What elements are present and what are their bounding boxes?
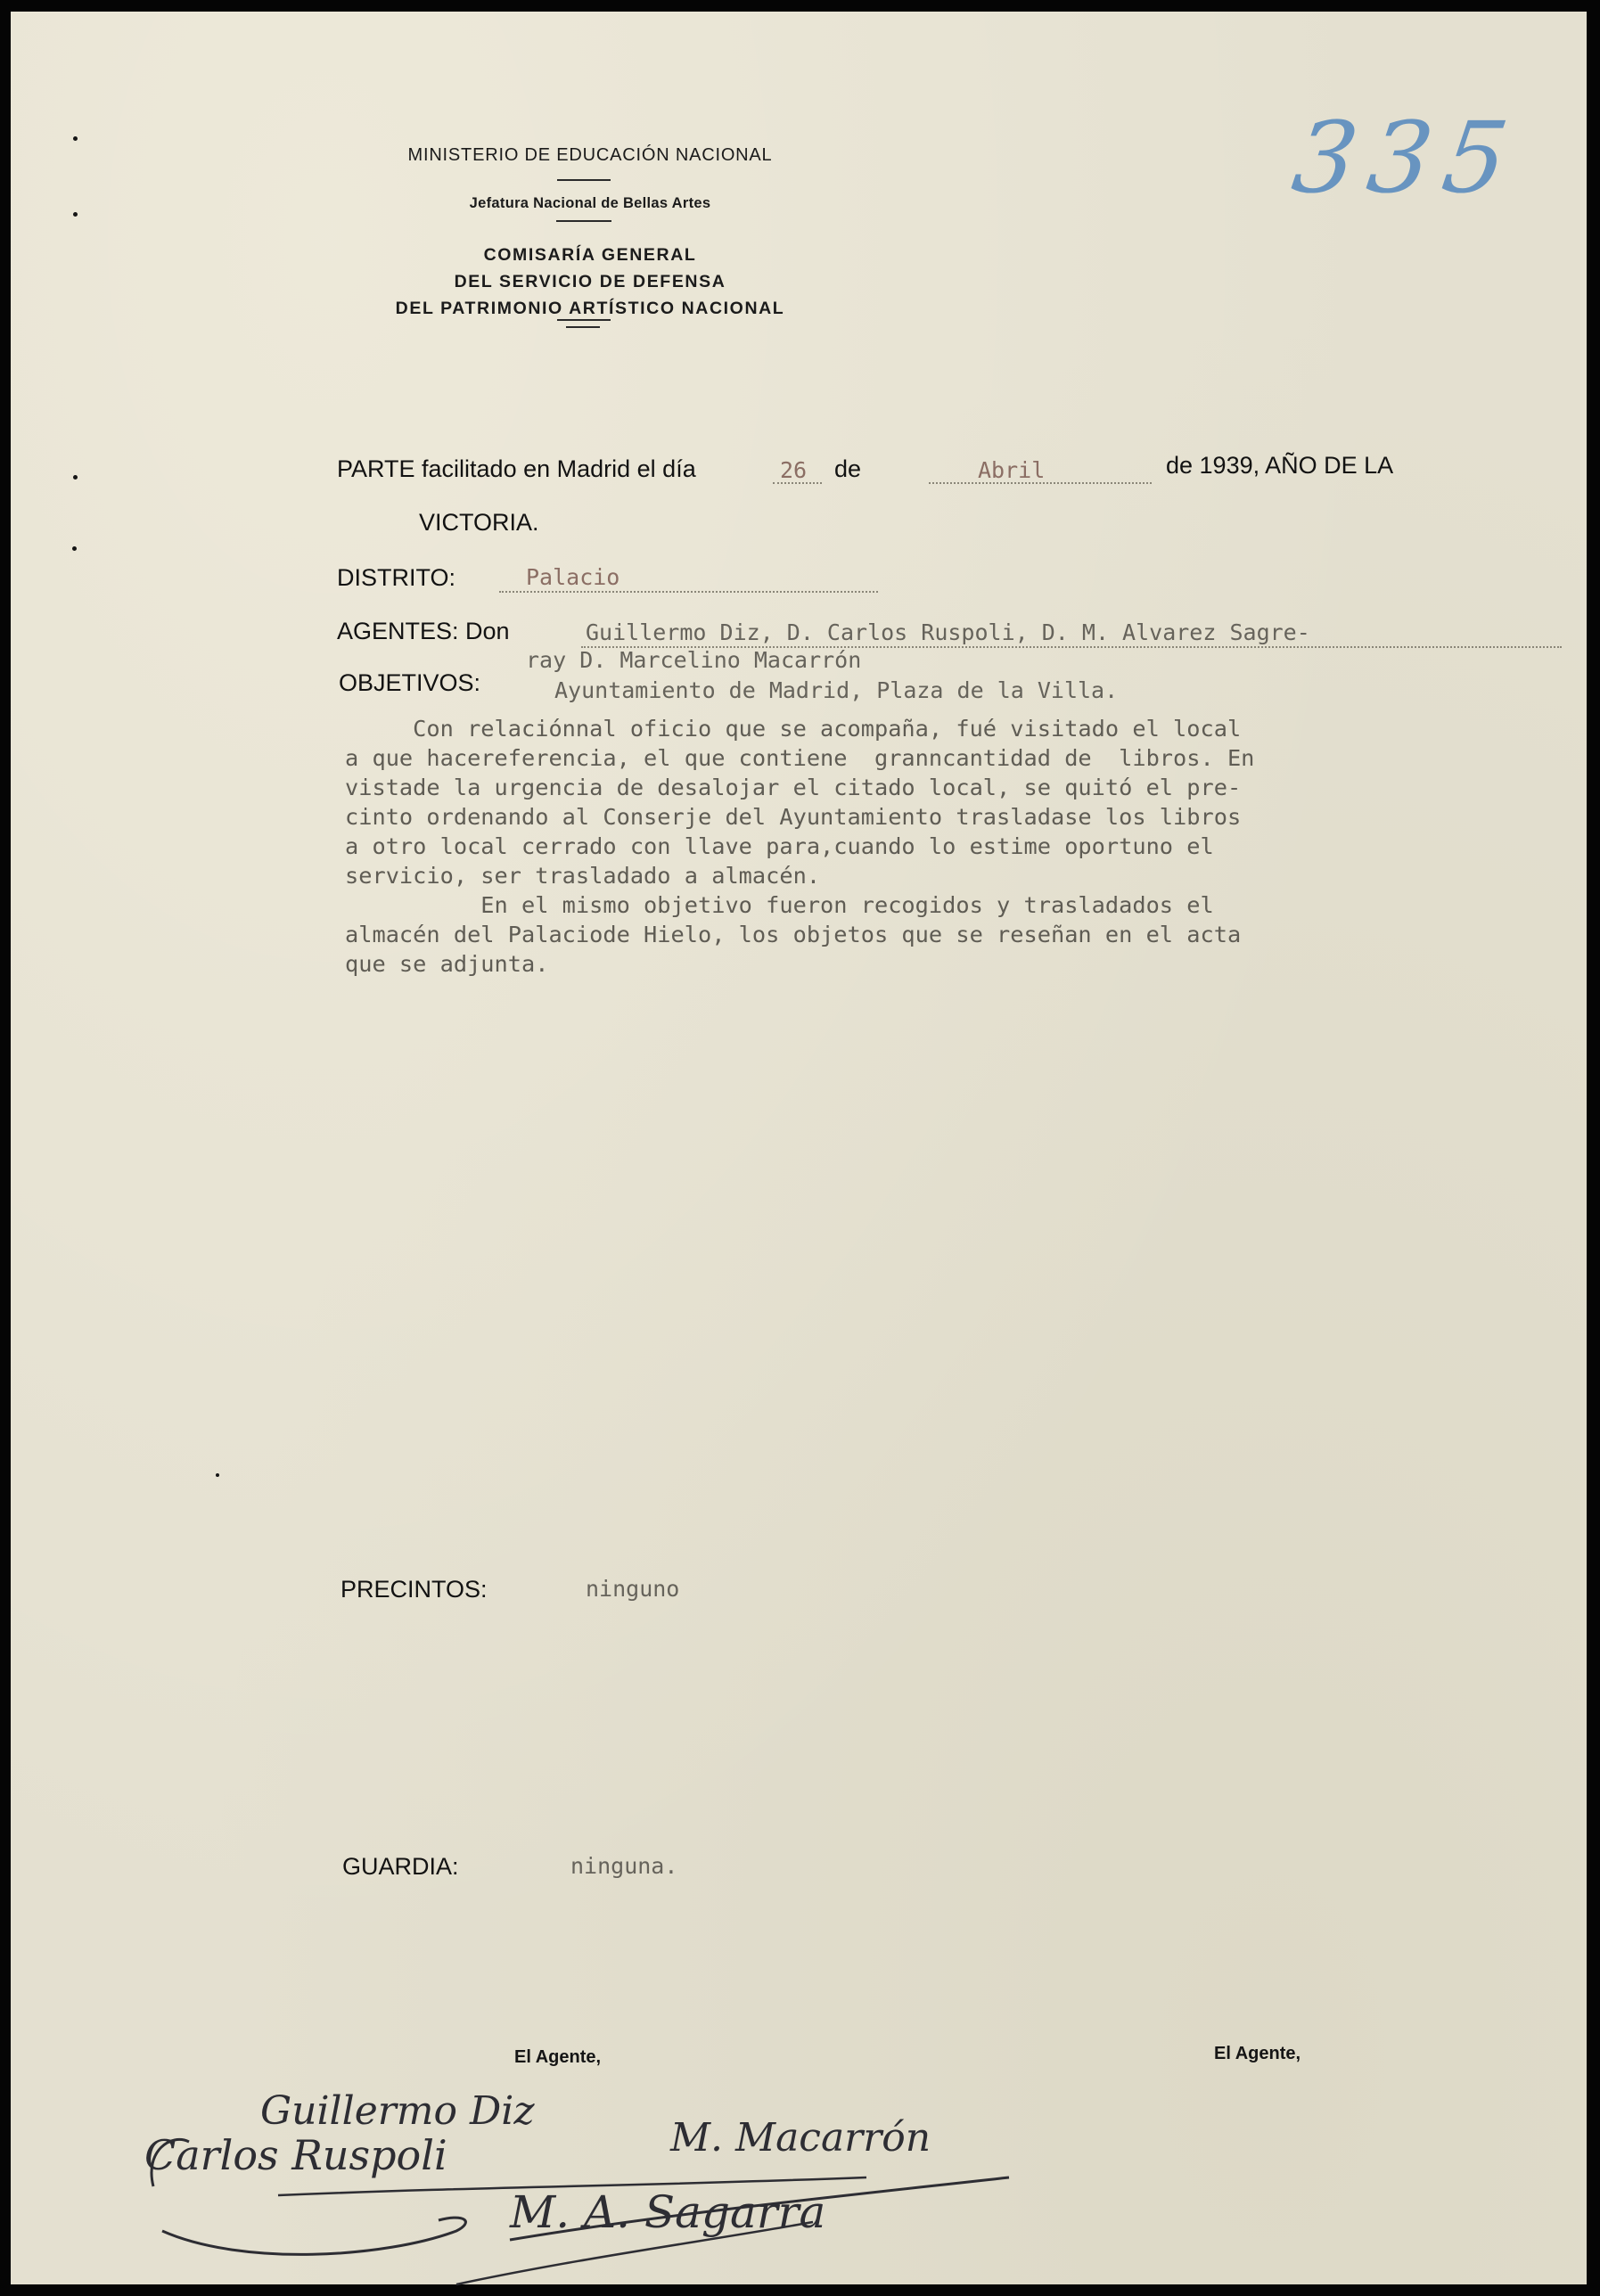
guardia-value: ninguna. (570, 1853, 677, 1879)
precintos-value: ninguno (586, 1576, 679, 1602)
letterhead-ministry: MINISTERIO DE EDUCACIÓN NACIONAL (314, 145, 866, 166)
distrito-field-line (499, 591, 878, 593)
objetivos-label: OBJETIVOS: (339, 669, 480, 697)
margin-mark (73, 475, 78, 480)
margin-mark (73, 212, 78, 217)
agent-signature-label-left: El Agente, (514, 2047, 601, 2068)
parte-prefix: PARTE facilitado en Madrid el día (337, 455, 696, 483)
letterhead-comisaria-line: COMISARÍA GENERAL (314, 242, 866, 268)
victoria-label: VICTORIA. (419, 509, 539, 537)
guardia-label: GUARDIA: (342, 1853, 459, 1881)
body-line: a otro local cerrado con llave para,cuan… (345, 832, 1575, 861)
margin-mark (216, 1473, 219, 1477)
margin-mark (72, 546, 77, 551)
year-suffix: de 1939, AÑO DE LA (1166, 452, 1393, 480)
body-line: servicio, ser trasladado a almacén. (345, 861, 1575, 890)
letterhead-divider (557, 319, 611, 321)
de-label: de (834, 455, 861, 483)
agentes-line-1: Guillermo Diz, D. Carlos Ruspoli, D. M. … (586, 619, 1310, 645)
body-line: vistade la urgencia de desalojar el cita… (345, 773, 1575, 802)
month-value: Abril (978, 457, 1045, 483)
body-line: cinto ordenando al Conserje del Ayuntami… (345, 802, 1575, 832)
agentes-line-2: ray D. Marcelino Macarrón (526, 647, 861, 673)
letterhead-comisaria: COMISARÍA GENERAL DEL SERVICIO DE DEFENS… (314, 242, 866, 322)
letterhead-comisaria-line: DEL SERVICIO DE DEFENSA (314, 268, 866, 295)
report-body: Con relaciónnal oficio que se acompaña, … (345, 714, 1575, 979)
folio-number: 335 (1286, 101, 1527, 215)
day-value: 26 (780, 457, 807, 483)
document-page: MINISTERIO DE EDUCACIÓN NACIONAL Jefatur… (11, 12, 1587, 2284)
distrito-label: DISTRITO: (337, 564, 455, 592)
margin-mark (73, 136, 78, 141)
precintos-label: PRECINTOS: (341, 1576, 488, 1603)
agent-signature-label-right: El Agente, (1214, 2044, 1301, 2064)
letterhead-jefatura: Jefatura Nacional de Bellas Artes (314, 195, 866, 212)
letterhead-comisaria-line: DEL PATRIMONIO ARTÍSTICO NACIONAL (314, 295, 866, 322)
letterhead-divider (566, 326, 600, 328)
distrito-value: Palacio (526, 564, 619, 590)
body-line: almacén del Palaciode Hielo, los objetos… (345, 920, 1575, 949)
objetivos-value: Ayuntamiento de Madrid, Plaza de la Vill… (554, 677, 1118, 703)
body-line: a que hacereferencia, el que contiene gr… (345, 743, 1575, 773)
body-line: que se adjunta. (345, 949, 1575, 979)
signature-flourishes (135, 2115, 1027, 2293)
body-line: En el mismo objetivo fueron recogidos y … (345, 890, 1575, 920)
letterhead-divider (557, 179, 611, 181)
agentes-label: AGENTES: Don (337, 618, 510, 645)
body-line: Con relaciónnal oficio que se acompaña, … (345, 714, 1575, 743)
letterhead-divider (556, 220, 611, 222)
